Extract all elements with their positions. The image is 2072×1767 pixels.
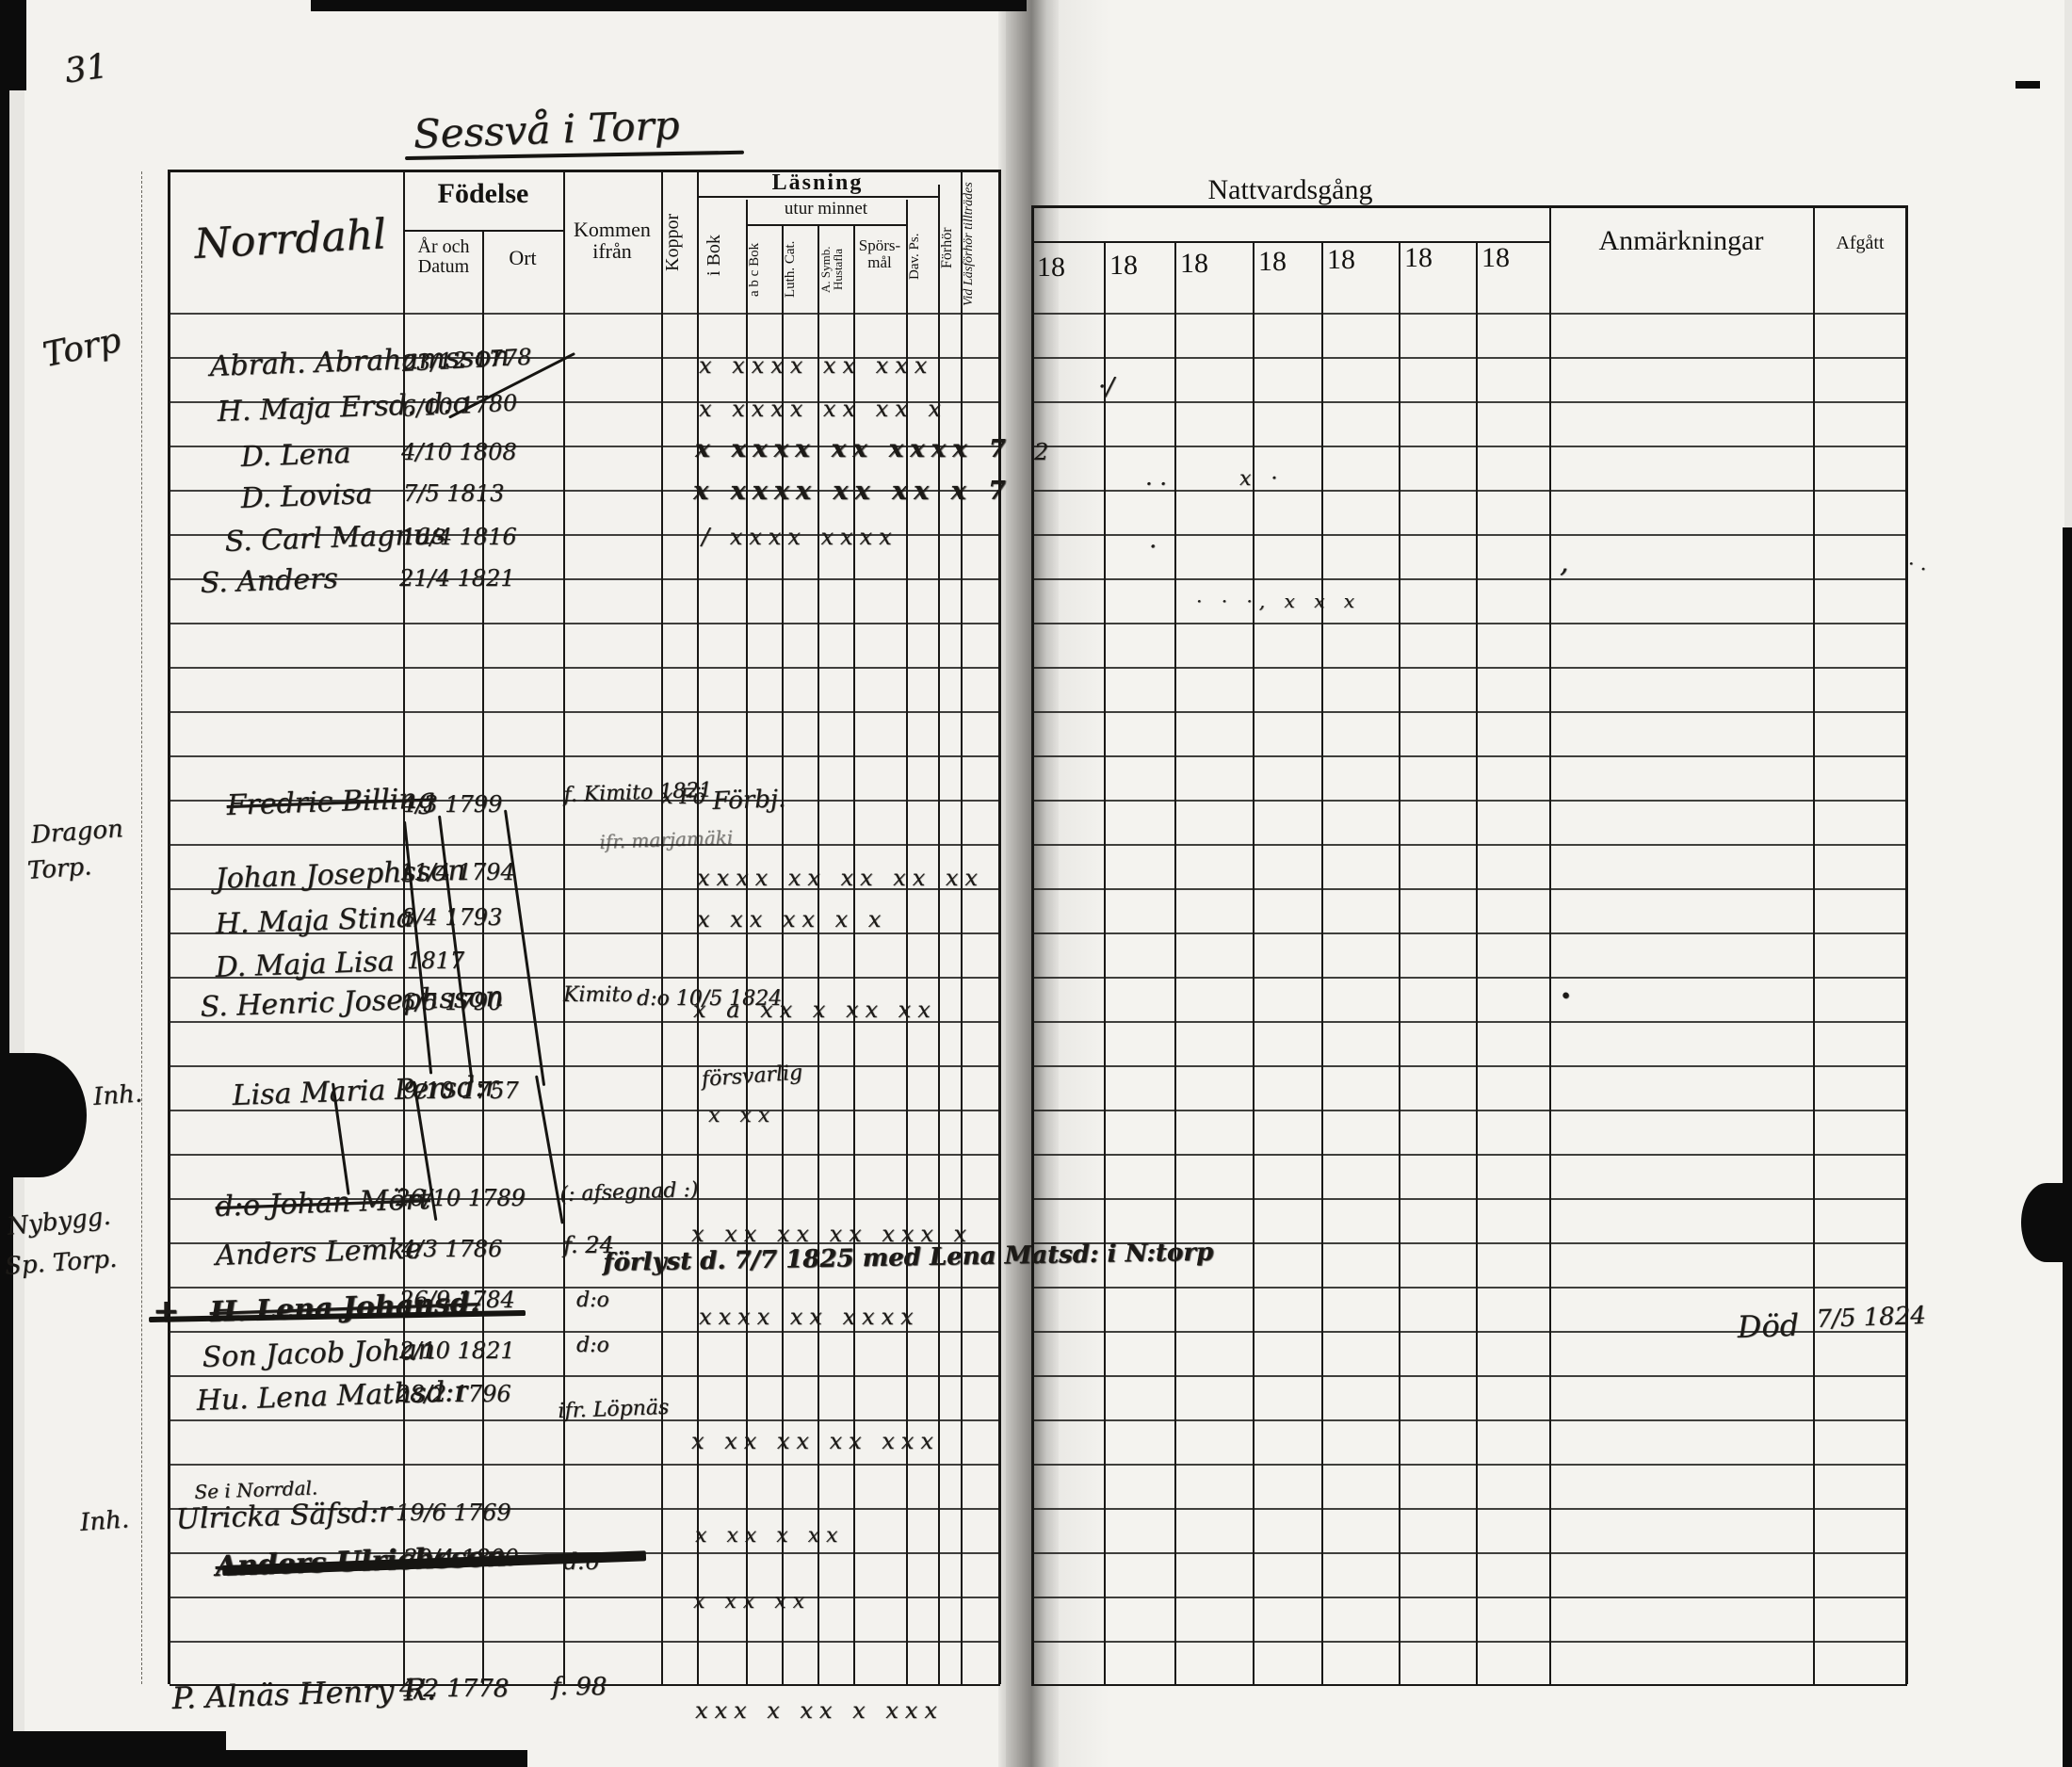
abc-book-header: a b c Bok — [748, 228, 780, 311]
entry12-birthdate: 9/10 1757 — [403, 1078, 519, 1104]
entry16-birthdate: 2/10 1821 — [399, 1337, 515, 1364]
comefrom-header: Kommen ifrån — [563, 219, 661, 262]
communion-mark-8: · . — [1908, 552, 1926, 575]
entry11-comefrom: Kimito — [563, 983, 632, 1007]
entry9-name: H. Maja Stina — [215, 901, 413, 941]
communion-underline — [1031, 241, 1549, 243]
luther-catechism-header: Luth. Cat. — [784, 228, 816, 311]
scan-artifact-left-top — [0, 0, 26, 90]
entry4-reading-marks: x xxxx xx xx x 7 — [693, 477, 1012, 506]
scan-artifact-left-strip — [0, 85, 9, 1083]
year-col-header-5: 18 — [1327, 245, 1374, 275]
entry19-reading-marks: x xx xx — [693, 1590, 811, 1613]
communion-mark-7: , — [1560, 546, 1569, 579]
entry14-birthdate: 4/3 1786 — [401, 1236, 502, 1262]
entry11-birthdate: 6/5 1790 — [401, 989, 502, 1015]
communion-mark-5: · — [1149, 533, 1157, 561]
communion-mark-2: 2 — [1034, 439, 1048, 465]
entry8-birthdate: 11/4 1794 — [399, 859, 515, 885]
entry7-note-3: ifr. marjamäki — [599, 826, 734, 853]
entry17-note: ifr. Löpnäs — [558, 1396, 670, 1423]
entry12-note-2: x xx — [708, 1104, 776, 1127]
davids-psalms-header: Dav. Ps. — [908, 202, 936, 311]
scan-artifact-right-dash — [2015, 81, 2040, 89]
entry8-reading-marks: xxxx xx xx xx xx — [697, 865, 984, 891]
birth-place-header: Ort — [482, 247, 563, 268]
scan-artifact-bottom-strip — [217, 1750, 527, 1767]
entry3-name: D. Lena — [240, 437, 351, 474]
entry13-note: (: afsegnad :) — [559, 1178, 699, 1207]
entry18-birthdate: 19/6 1769 — [396, 1500, 511, 1526]
entry17-birthdate: 28/2 1796 — [396, 1381, 511, 1407]
entry4-name: D. Lovisa — [240, 478, 373, 515]
entry17-reading-marks: x xx xx xx xxx — [691, 1428, 940, 1454]
reading-group-header: Läsning — [697, 171, 938, 195]
examination-header: Förhör — [940, 185, 961, 311]
year-col-header-1: 18 — [1037, 252, 1084, 283]
communion-mark-9: • — [1560, 985, 1572, 1009]
communion-mark-6: · · ·, x x x — [1196, 590, 1361, 612]
departed-header: Afgått — [1813, 234, 1907, 253]
entry3-birthdate: 4/10 1808 — [401, 439, 517, 465]
birth-group-header: Födelse — [403, 179, 563, 209]
entry20-reading-marks: xxx x xx x xxx — [695, 1697, 944, 1724]
entry14-reading-marks: xxxx xx xxxx — [699, 1304, 920, 1330]
entry7-note-1: x Fö — [661, 786, 705, 809]
reading-group-underline — [697, 196, 938, 198]
smallpox-header: Koppor — [663, 175, 695, 309]
year-col-header-4: 18 — [1258, 247, 1305, 277]
entry11-reading-marks: x a xx x xx xx — [693, 997, 937, 1023]
entry5-birthdate: 16/4 1816 — [401, 524, 517, 550]
entry7-birthdate: 4/3 1799 — [401, 791, 502, 818]
entry7-note-2: Förbj. — [712, 785, 786, 816]
scanned-ledger-spread: Födelse År och Datum Ort Kommen ifrån Lä… — [0, 0, 2072, 1767]
departed-death-date: 7/5 1824 — [1816, 1302, 1926, 1334]
entry1-reading-marks: x xxxx xx xxx — [699, 352, 933, 379]
spread-title: Sessvå i Torp — [413, 102, 680, 157]
right-border-top — [1031, 205, 1907, 208]
year-col-header-2: 18 — [1109, 251, 1157, 281]
byheart-underline — [746, 224, 906, 226]
communion-mark-1: ·/ — [1098, 373, 1114, 401]
scan-artifact-top — [311, 0, 1027, 11]
district-name: Norrdahl — [193, 210, 387, 268]
communion-header: Nattvardsgång — [1031, 175, 1549, 205]
entry10-name: D. Maja Lisa — [215, 945, 395, 984]
entry6-name: S. Anders — [200, 562, 338, 600]
margin-group-3: Inh. — [92, 1079, 143, 1111]
margin-group-2b: Torp. — [26, 852, 92, 885]
remark-death: Död — [1737, 1307, 1800, 1345]
entry15-birthdate: 26/9 1784 — [399, 1287, 515, 1313]
entry20-comefrom: f. 98 — [552, 1673, 607, 1701]
entry4-birthdate: 7/5 1813 — [403, 480, 504, 507]
inbook-header: i Bok — [704, 200, 742, 311]
left-outer-dashed-rule — [141, 171, 142, 1684]
questions-header: Spörs-mål — [855, 237, 904, 271]
entry18-reading-marks: x xx x xx — [695, 1524, 844, 1548]
birth-year-header: År och Datum — [405, 237, 482, 277]
year-col-header-6: 18 — [1404, 243, 1451, 273]
communion-mark-3: · · — [1145, 471, 1167, 497]
remarks-header: Anmärkningar — [1549, 226, 1813, 256]
scan-artifact-right-strip — [2063, 527, 2072, 1767]
entry9-reading-marks: x xx xx x x — [697, 906, 887, 932]
entry3-reading-marks: x xxxx xx xxxx 7 — [695, 435, 1012, 463]
admitted-header: Vid Läsförhör tillträdes — [963, 175, 998, 313]
entry13-birthdate: 26/10 1789 — [396, 1185, 526, 1211]
entry6-birthdate: 21/4 1821 — [399, 565, 515, 592]
right-row-rules — [1031, 313, 1907, 1686]
entry16-comefrom: d:o — [576, 1334, 609, 1357]
margin-group-5: Inh. — [79, 1505, 130, 1537]
entry15-cross: + — [153, 1292, 180, 1330]
entry15-comefrom: d:o — [576, 1289, 609, 1312]
year-col-header-3: 18 — [1180, 249, 1227, 279]
communion-mark-4: x · — [1239, 467, 1284, 491]
year-col-header-7: 18 — [1481, 243, 1529, 273]
entry2-reading-marks: x xxxx xx xx x — [699, 396, 947, 422]
page-number: 31 — [62, 47, 110, 91]
entry20-birthdate: 4/2 1778 — [399, 1675, 509, 1703]
scan-artifact-bottom-left — [0, 1731, 226, 1767]
byheart-header: utur minnet — [746, 200, 906, 219]
symbolum-header: A. Symb. Hustafla — [819, 228, 851, 311]
entry5-reading-marks: / xxxx xxxx — [702, 524, 898, 550]
